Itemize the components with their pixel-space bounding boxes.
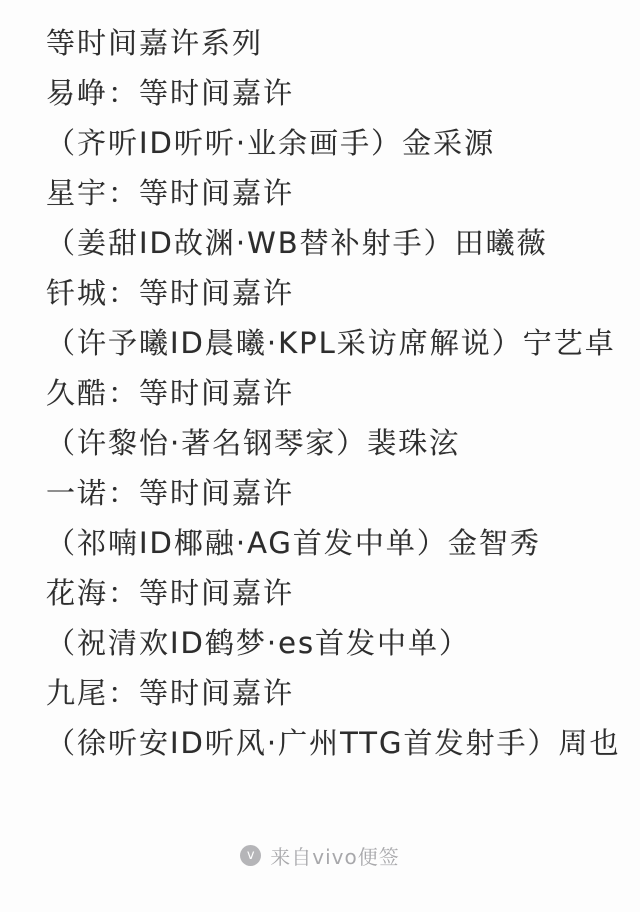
vivo-badge-icon: v <box>240 845 261 866</box>
note-line: （祁喃ID椰融·AG首发中单）金智秀 <box>46 518 620 568</box>
note-body: 等时间嘉许系列易峥：等时间嘉许（齐听ID听听·业余画手）金采源星宇：等时间嘉许（… <box>46 18 620 768</box>
note-line: （许黎怡·著名钢琴家）裴珠泫 <box>46 418 620 468</box>
note-line: 钎城：等时间嘉许 <box>46 268 620 318</box>
note-line: （徐听安ID听风·广州TTG首发射手）周也 <box>46 718 620 768</box>
note-line: 等时间嘉许系列 <box>46 18 620 68</box>
note-line: （祝清欢ID鹤梦·es首发中单） <box>46 618 620 668</box>
note-line: （姜甜ID故渊·WB替补射手）田曦薇 <box>46 218 620 268</box>
watermark-text: 来自vivo便签 <box>270 841 399 870</box>
note-line: 花海：等时间嘉许 <box>46 568 620 618</box>
note-line: 九尾：等时间嘉许 <box>46 668 620 718</box>
note-line: （许予曦ID晨曦·KPL采访席解说）宁艺卓 <box>46 318 620 368</box>
note-line: （齐听ID听听·业余画手）金采源 <box>46 118 620 168</box>
note-page: 等时间嘉许系列易峥：等时间嘉许（齐听ID听听·业余画手）金采源星宇：等时间嘉许（… <box>0 0 640 912</box>
note-line: 久酷：等时间嘉许 <box>46 368 620 418</box>
note-line: 星宇：等时间嘉许 <box>46 168 620 218</box>
watermark: v 来自vivo便签 <box>0 841 640 870</box>
note-line: 易峥：等时间嘉许 <box>46 68 620 118</box>
note-line: 一诺：等时间嘉许 <box>46 468 620 518</box>
